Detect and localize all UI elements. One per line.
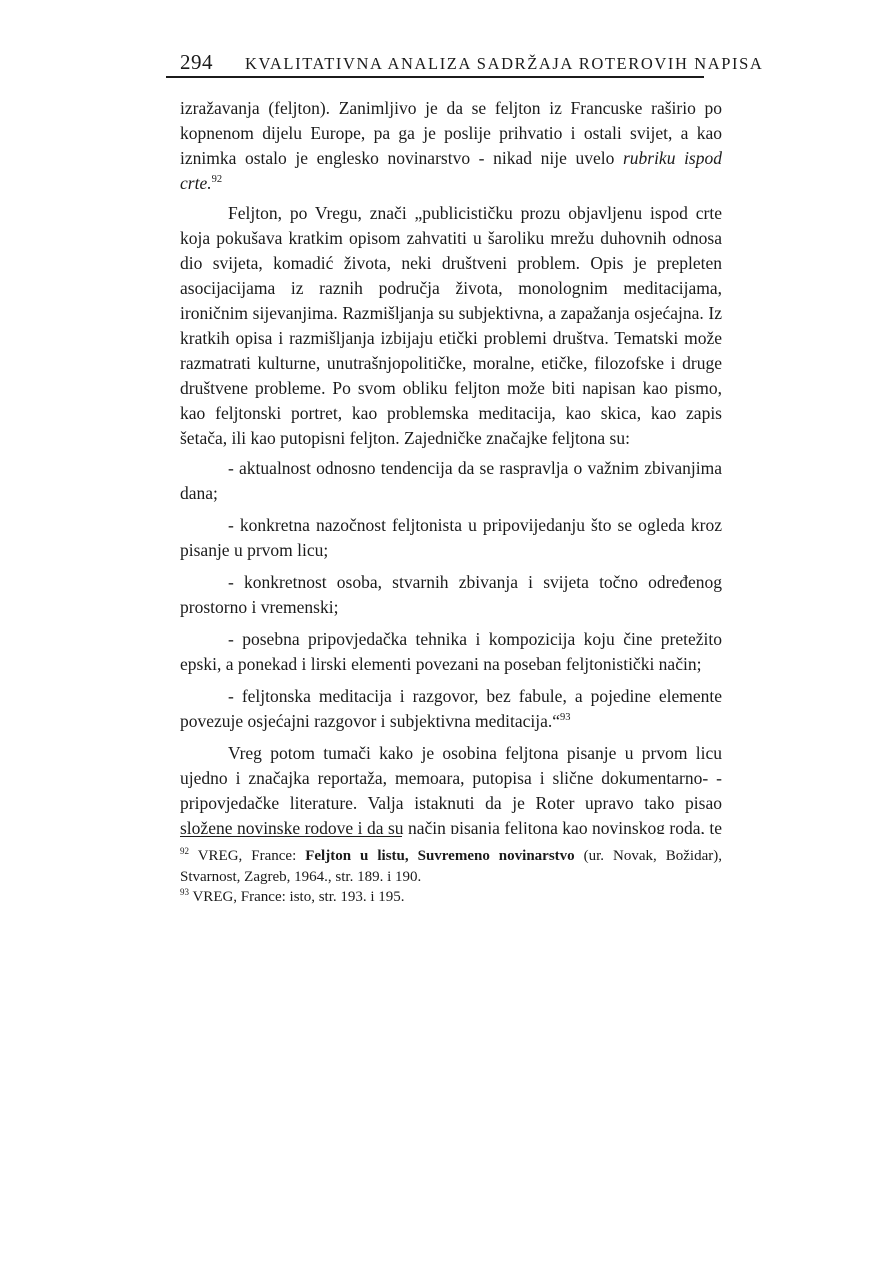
paragraph-continued: izražavanja (feljton). Zanimljivo je da … — [180, 96, 722, 196]
footnote-ref-93: 93 — [560, 712, 571, 723]
footnotes-section: 92 VREG, France: Feljton u listu, Suvrem… — [180, 836, 722, 908]
list-item-aktualnost: - aktualnost odnosno tendencija da se ra… — [180, 456, 722, 506]
footnote-ref-92: 92 — [212, 174, 223, 185]
running-title: KVALITATIVNA ANALIZA SADRŽAJA ROTEROVIH … — [245, 54, 763, 74]
list-item-konkretnost: - konkretnost osoba, stvarnih zbivanja i… — [180, 570, 722, 620]
document-page: 294 KVALITATIVNA ANALIZA SADRŽAJA ROTERO… — [0, 0, 892, 1263]
list-item-meditacija: - feljtonska meditacija i razgovor, bez … — [180, 684, 722, 734]
paragraph-feljton-definition: Feljton, po Vregu, znači „publicističku … — [180, 201, 722, 451]
footnote-93-number: 93 — [180, 887, 189, 897]
list-item-nazocnost: - konkretna nazočnost feljtonista u prip… — [180, 513, 722, 563]
page-number: 294 — [180, 50, 213, 75]
body-text: izražavanja (feljton). Zanimljivo je da … — [180, 96, 722, 834]
footnote-92-number: 92 — [180, 846, 189, 856]
paragraph-vreg-tumaci: Vreg potom tumači kako je osobina feljto… — [180, 741, 722, 834]
footnote-92: 92 VREG, France: Feljton u listu, Suvrem… — [180, 846, 722, 887]
list-item-tehnika: - posebna pripovjedačka tehnika i kompoz… — [180, 627, 722, 677]
footnote-93: 93 VREG, France: isto, str. 193. i 195. — [180, 887, 722, 908]
footnote-92-bold-title: Feljton u listu, Suvremeno novinarstvo — [305, 848, 574, 864]
footnote-rule — [180, 836, 402, 837]
page-header: 294 KVALITATIVNA ANALIZA SADRŽAJA ROTERO… — [180, 50, 725, 75]
header-rule — [166, 76, 704, 78]
footnote-93-text: VREG, France: isto, str. 193. i 195. — [189, 889, 405, 905]
footnote-92-text: VREG, France: — [189, 848, 305, 864]
list-item-text: - feljtonska meditacija i razgovor, bez … — [180, 686, 722, 731]
